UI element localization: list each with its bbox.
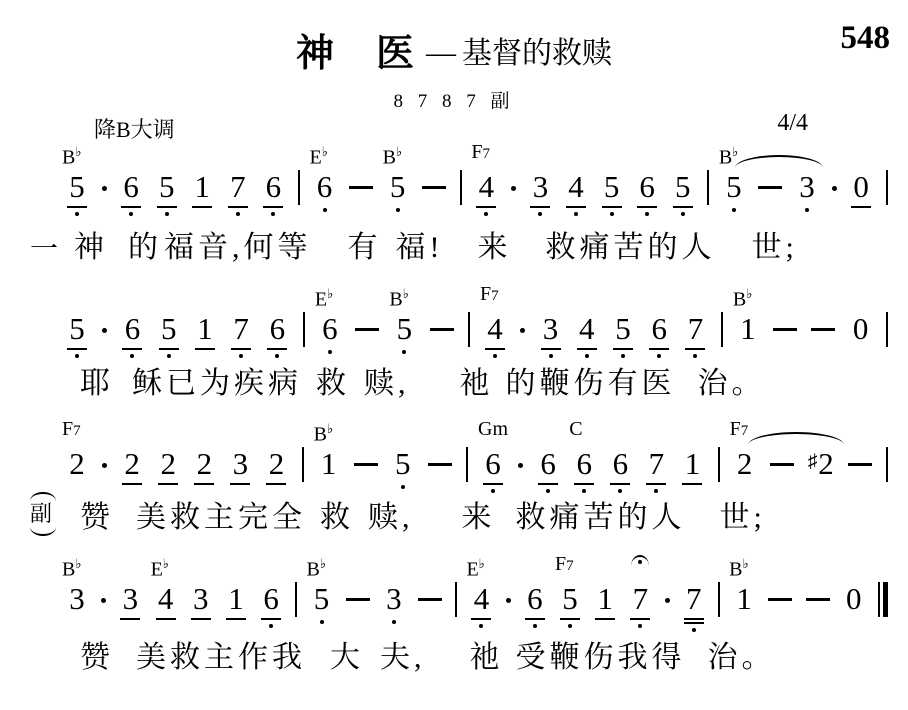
duration-dash [418, 598, 442, 601]
note: 5 [156, 170, 178, 216]
note: C6 [573, 447, 595, 493]
note-digit: 2 [69, 447, 85, 481]
note-digit: 5 [69, 312, 85, 346]
note: 7 [683, 582, 705, 632]
note-digit: 4 [474, 582, 490, 616]
chord-label: F7 [480, 284, 499, 306]
low-octave-dot [392, 620, 396, 624]
note-digit: 4 [579, 312, 595, 346]
note-digit: 1 [685, 447, 701, 481]
note-digit: 5 [726, 170, 742, 204]
note-digit: 6 [123, 170, 139, 204]
hymn-title-main: 神 医 [296, 33, 416, 75]
lyric-segment: 美救主完全 [136, 500, 306, 536]
music-line-2: 565176E♭6B♭5F7434567B♭10 [66, 312, 888, 374]
note-digit: 5 [615, 312, 631, 346]
note-digit: 6 [322, 312, 338, 346]
note: 6 [120, 170, 142, 216]
note: 6 [636, 170, 658, 216]
barline [886, 312, 888, 347]
barline [303, 312, 305, 347]
augmentation-dot [102, 186, 107, 191]
barline [721, 312, 723, 347]
note-digit: 6 [485, 447, 501, 481]
note: E♭4 [470, 582, 492, 628]
barline [295, 582, 297, 617]
lyric-segment: 治。 [698, 366, 766, 402]
note: E♭4 [155, 582, 177, 620]
note-digit: 3 [69, 582, 85, 616]
low-octave-dot [491, 489, 495, 493]
note: 0 [850, 170, 872, 208]
low-octave-dot [681, 212, 685, 216]
lyric-line-2: 耶稣已为疾病救赎,祂的鞭伤有医治。 [80, 366, 766, 402]
lyric-segment: 赞 [80, 500, 114, 536]
lyric-segment: 的鞭伤有医 [506, 366, 676, 402]
note: 3 [796, 170, 818, 212]
chord-label: B♭ [383, 142, 402, 168]
eighth-underline [577, 348, 597, 350]
note: 1 [681, 447, 703, 485]
hymn-sheet-page: 神 医—基督的救赎 548 8 7 8 7 副 降B大调 4/4 B♭56517… [0, 0, 908, 710]
chord-label: E♭ [310, 142, 328, 168]
note: 6 [266, 312, 288, 358]
eighth-underline [122, 348, 142, 350]
duration-dash [770, 463, 794, 466]
low-octave-dot [692, 628, 696, 632]
note: 6 [260, 582, 282, 628]
note-digit: 5 [675, 170, 691, 204]
augmentation-dot [101, 598, 106, 603]
note-digit: 6 [613, 447, 629, 481]
low-octave-dot [693, 354, 697, 358]
lyric-segment: 福! [396, 230, 444, 266]
note: 3 [190, 582, 212, 620]
refrain-marker: 副 [30, 492, 56, 536]
augmentation-dot [506, 598, 511, 603]
final-barline [878, 582, 888, 617]
eighth-underline [530, 206, 550, 208]
eighth-underline [613, 348, 633, 350]
note-digit: 4 [158, 582, 174, 616]
lyric-segment: 有 [348, 230, 382, 266]
duration-dash [422, 186, 446, 189]
lyric-line-4: 赞美救主作我大夫,祂受鞭伤我得治。 [80, 640, 776, 676]
eighth-underline [637, 206, 657, 208]
low-octave-dot [582, 489, 586, 493]
chord-label: F7 [62, 419, 81, 441]
eighth-underline [158, 483, 178, 485]
eighth-underline [121, 206, 141, 208]
note-digit: 4 [487, 312, 503, 346]
duration-dash [349, 186, 373, 189]
note-digit: 5 [161, 312, 177, 346]
note-digit: 7 [633, 582, 649, 616]
eighth-underline [159, 348, 179, 350]
eighth-underline [267, 348, 287, 350]
lyric-line-1: 一神的福音,何等有福!来救痛苦的人世; [74, 230, 798, 266]
eighth-underline [476, 206, 496, 208]
low-octave-dot [549, 354, 553, 358]
note-digit: 6 [270, 312, 286, 346]
chord-label: E♭ [151, 554, 169, 580]
chord-label: E♭ [315, 284, 333, 310]
eighth-underline [120, 618, 140, 620]
barline [298, 170, 300, 205]
low-octave-dot [402, 350, 406, 354]
lyric-segment: 治。 [708, 640, 776, 676]
note-digit: 1 [597, 582, 613, 616]
low-octave-dot [610, 212, 614, 216]
eighth-underline [122, 483, 142, 485]
note: Gm6 [482, 447, 504, 493]
eighth-underline [483, 483, 503, 485]
note-digit: 1 [740, 312, 756, 346]
chord-label: B♭ [62, 142, 81, 168]
note: 1 [191, 170, 213, 208]
low-octave-dot [320, 620, 324, 624]
note-digit: 3 [533, 170, 549, 204]
note-digit: 2 [269, 447, 285, 481]
note-digit: 1 [197, 312, 213, 346]
barline [455, 582, 457, 617]
note: 6 [648, 312, 670, 358]
note: 1 [594, 582, 616, 620]
augmentation-dot [511, 186, 516, 191]
note: 2 [193, 447, 215, 485]
note: B♭5 [393, 312, 415, 354]
lyric-segment: 赎, [368, 500, 414, 536]
eighth-underline [471, 618, 491, 620]
note-digit: 6 [527, 582, 543, 616]
note-digit: 6 [540, 447, 556, 481]
low-octave-dot [618, 489, 622, 493]
note: 3 [229, 447, 251, 485]
note-digit: 7 [230, 170, 246, 204]
eighth-underline [263, 206, 283, 208]
note: 3 [540, 312, 562, 358]
barline [886, 447, 888, 482]
eighth-underline [610, 483, 630, 485]
eighth-underline [525, 618, 545, 620]
barline [707, 170, 709, 205]
augmentation-dot [520, 328, 525, 333]
music-line-1: B♭565176E♭6B♭5F7434565B♭530 [66, 170, 888, 232]
lyric-segment: 大 [330, 640, 364, 676]
low-octave-dot [574, 212, 578, 216]
low-octave-dot [568, 624, 572, 628]
low-octave-dot [538, 212, 542, 216]
eighth-underline [684, 618, 704, 620]
duration-dash [355, 328, 379, 331]
eighth-underline [541, 348, 561, 350]
chord-label: B♭ [62, 554, 81, 580]
note: 7 [227, 170, 249, 216]
note: 2 [121, 447, 143, 485]
hymn-number: 548 [841, 20, 891, 57]
note: 1 [194, 312, 216, 350]
duration-dash [346, 598, 370, 601]
note-digit: 5 [390, 170, 406, 204]
eighth-underline [261, 618, 281, 620]
eighth-underline [67, 348, 87, 350]
note-digit: 7 [686, 582, 702, 616]
chord-label: B♭ [729, 554, 748, 580]
note: 6 [609, 447, 631, 493]
note-digit: 0 [853, 312, 869, 346]
note: 5 [158, 312, 180, 358]
note: 1 [225, 582, 247, 620]
lyric-segment: 神 [74, 230, 108, 266]
note-digit: 1 [321, 447, 337, 481]
lyric-segment: 美救主作我 [136, 640, 306, 676]
lyric-segment: 福音,何等 [164, 230, 312, 266]
barline [460, 170, 462, 205]
note: F72 [66, 447, 88, 481]
low-octave-dot [396, 208, 400, 212]
eighth-underline [192, 206, 212, 208]
note-digit: 5 [69, 170, 85, 204]
note: F75 [559, 582, 581, 628]
note-digit: 0 [846, 582, 862, 616]
low-octave-dot [621, 354, 625, 358]
note: B♭5 [723, 170, 745, 212]
lyric-line-3: 副赞美救主完全救赎,来救痛苦的人世; [80, 500, 766, 536]
note-digit: 6 [639, 170, 655, 204]
eighth-underline [673, 206, 693, 208]
low-octave-dot [165, 212, 169, 216]
low-octave-dot [533, 624, 537, 628]
low-octave-dot [546, 489, 550, 493]
note-digit: 4 [479, 170, 495, 204]
augmentation-dot [102, 328, 107, 333]
slur-arc [735, 155, 823, 168]
chord-label: F7 [471, 142, 490, 164]
note-digit: 4 [568, 170, 584, 204]
low-octave-dot [484, 212, 488, 216]
low-octave-dot [479, 624, 483, 628]
note-digit: 3 [233, 447, 249, 481]
chord-label: F7 [555, 554, 574, 576]
eighth-underline [560, 618, 580, 620]
note-digit: 5 [159, 170, 175, 204]
eighth-underline [566, 206, 586, 208]
eighth-underline [630, 618, 650, 620]
note: 5 [672, 170, 694, 216]
music-line-4: B♭33E♭4316B♭53E♭46F75177B♭10 [66, 582, 888, 644]
note-digit: 2 [197, 447, 213, 481]
lyric-segment: 世; [720, 500, 766, 536]
eighth-underline [231, 348, 251, 350]
duration-dash [428, 463, 452, 466]
eighth-underline [602, 206, 622, 208]
note-digit: 1 [228, 582, 244, 616]
eighth-underline [485, 348, 505, 350]
note: B♭5 [387, 170, 409, 212]
note-digit: 7 [649, 447, 665, 481]
fermata-icon [631, 555, 649, 566]
chord-label: B♭ [389, 284, 408, 310]
note-digit: 2 [124, 447, 140, 481]
low-octave-dot [638, 624, 642, 628]
low-octave-dot [129, 212, 133, 216]
note: 7 [645, 447, 667, 493]
note-digit: 3 [543, 312, 559, 346]
barline [886, 170, 888, 205]
lyric-segment: 耶 [80, 366, 114, 402]
note-digit: 6 [651, 312, 667, 346]
lyric-segment: 赞 [80, 640, 114, 676]
note-digit: 5 [562, 582, 578, 616]
eighth-underline [194, 483, 214, 485]
low-octave-dot [239, 354, 243, 358]
eighth-underline [851, 206, 871, 208]
eighth-underline [649, 348, 669, 350]
note-digit: 2 [160, 447, 176, 481]
note: 5 [601, 170, 623, 216]
note: B♭1 [318, 447, 340, 481]
sharp-accidental: ♯ [808, 451, 818, 472]
note: F72 [734, 447, 756, 481]
lyric-segment: 赎, [364, 366, 410, 402]
eighth-underline [684, 622, 704, 624]
time-signature: 4/4 [777, 110, 808, 137]
note: 5 [612, 312, 634, 358]
note: 3 [119, 582, 141, 620]
note: 0 [843, 582, 865, 616]
note: 3 [383, 582, 405, 624]
duration-dash [430, 328, 454, 331]
lyric-segment: 来 [462, 500, 496, 536]
note: 6 [524, 582, 546, 628]
title-dash: — [426, 36, 456, 69]
page-title: 神 医—基督的救赎 [0, 22, 908, 77]
eighth-underline [646, 483, 666, 485]
duration-dash [848, 463, 872, 466]
low-octave-dot [645, 212, 649, 216]
note: 6 [537, 447, 559, 493]
hymn-title-subtitle: 基督的救赎 [462, 37, 612, 70]
note-digit: 0 [853, 170, 869, 204]
duration-dash [354, 463, 378, 466]
verse-marker: 一 [30, 232, 62, 268]
low-octave-dot [657, 354, 661, 358]
low-octave-dot [805, 208, 809, 212]
eighth-underline [156, 618, 176, 620]
note-digit: 5 [395, 447, 411, 481]
low-octave-dot [275, 354, 279, 358]
barline [718, 447, 720, 482]
chord-label: B♭ [307, 554, 326, 580]
lyric-segment: 救痛苦的人 [546, 230, 716, 266]
note-digit: 1 [736, 582, 752, 616]
note-digit: 3 [123, 582, 139, 616]
note-digit: 5 [314, 582, 330, 616]
note-digit: ♯2 [808, 447, 834, 486]
lyric-segment: 救痛苦的人 [516, 500, 686, 536]
augmentation-dot [518, 463, 523, 468]
note: B♭5 [66, 170, 88, 216]
meter-label: 8 7 8 7 副 [0, 86, 908, 113]
low-octave-dot [654, 489, 658, 493]
note-digit: 3 [799, 170, 815, 204]
low-octave-dot [130, 354, 134, 358]
eighth-underline [230, 483, 250, 485]
lyric-segment: 受鞭伤我得 [516, 640, 686, 676]
note-digit: 6 [577, 447, 593, 481]
eighth-underline [195, 348, 215, 350]
lyric-segment: 祂 [460, 366, 494, 402]
note: F74 [475, 170, 497, 216]
note: 5 [66, 312, 88, 358]
note-digit: 6 [266, 170, 282, 204]
eighth-underline [226, 618, 246, 620]
note: F74 [484, 312, 506, 358]
chord-label: B♭ [314, 419, 333, 445]
lyric-segment: 的 [128, 230, 162, 266]
note: 2 [157, 447, 179, 485]
low-octave-dot [167, 354, 171, 358]
note-digit: 6 [263, 582, 279, 616]
eighth-underline [538, 483, 558, 485]
low-octave-dot [271, 212, 275, 216]
low-octave-dot [401, 485, 405, 489]
duration-dash [758, 186, 782, 189]
low-octave-dot [75, 212, 79, 216]
chord-label: C [569, 419, 582, 439]
note: 7 [629, 582, 651, 628]
note-digit: 3 [193, 582, 209, 616]
low-octave-dot [75, 354, 79, 358]
note: E♭6 [319, 312, 341, 354]
barline [718, 582, 720, 617]
lyric-segment: 救 [316, 366, 350, 402]
note-digit: 6 [317, 170, 333, 204]
chord-label: Gm [478, 419, 508, 439]
slur-arc [748, 432, 844, 445]
note-digit: 2 [737, 447, 753, 481]
note: E♭6 [314, 170, 336, 212]
lyric-segment: 祂 [470, 640, 504, 676]
low-octave-dot [732, 208, 736, 212]
chord-label: F7 [730, 419, 749, 441]
eighth-underline [228, 206, 248, 208]
note: 2 [265, 447, 287, 485]
eighth-underline [157, 206, 177, 208]
eighth-underline [266, 483, 286, 485]
note: 4 [576, 312, 598, 358]
eighth-underline [685, 348, 705, 350]
lyric-segment: 夫, [380, 640, 426, 676]
augmentation-dot [102, 463, 107, 468]
note: ♯2 [808, 447, 834, 486]
note: 5 [392, 447, 414, 489]
note-digit: 1 [195, 170, 211, 204]
low-octave-dot [236, 212, 240, 216]
note: 6 [121, 312, 143, 358]
note: B♭1 [733, 582, 755, 616]
lyric-segment: 来 [478, 230, 512, 266]
eighth-underline [682, 483, 702, 485]
eighth-underline [574, 483, 594, 485]
eighth-underline [191, 618, 211, 620]
augmentation-dot [665, 598, 670, 603]
barline [468, 312, 470, 347]
barline [466, 447, 468, 482]
note: B♭5 [311, 582, 333, 624]
note: B♭1 [737, 312, 759, 346]
barline [302, 447, 304, 482]
